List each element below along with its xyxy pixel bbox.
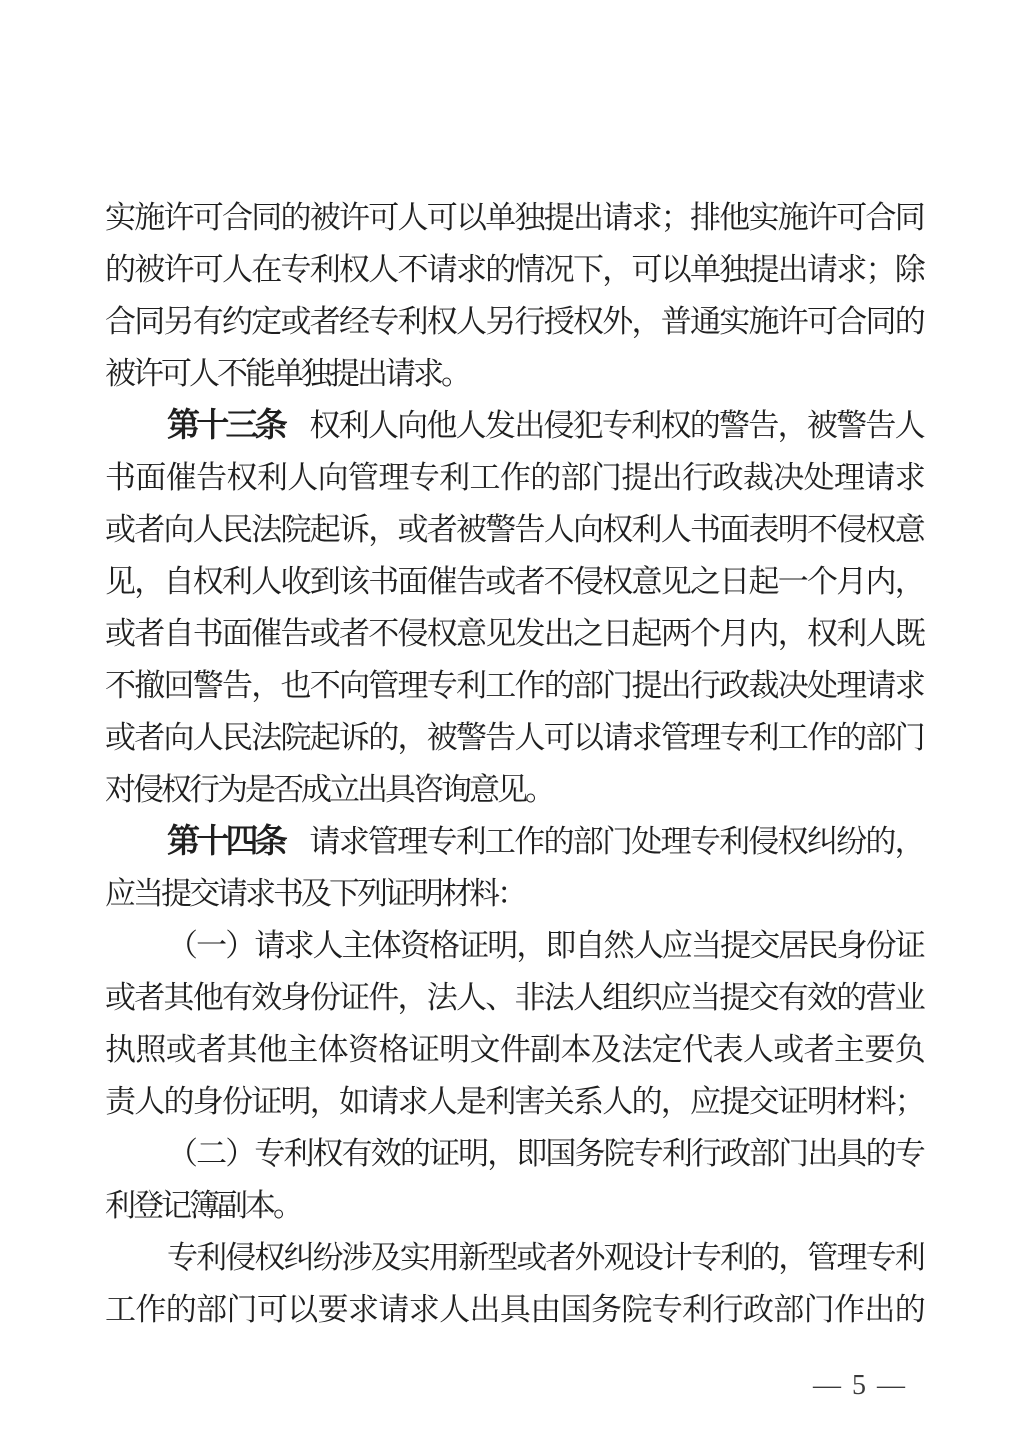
body-char: 撤	[134, 660, 162, 712]
body-char: 求	[895, 452, 923, 504]
body-char: 法	[621, 1024, 649, 1076]
body-char: 诉	[339, 712, 367, 764]
body-char: 管	[807, 1232, 835, 1284]
body-char: 资	[348, 1024, 376, 1076]
body-char: 当	[133, 868, 161, 920]
body-char: 询	[441, 764, 469, 816]
body-char: ）	[225, 1128, 253, 1180]
body-char: 单	[273, 348, 301, 400]
body-char: 件	[500, 1024, 528, 1076]
body-char: 专	[602, 400, 630, 452]
body-char: 起	[310, 504, 338, 556]
text-line: （一）请求人主体资格证明，即自然人应当提交居民身份证	[105, 920, 923, 972]
body-char: 侵	[398, 608, 426, 660]
body-char: 咨	[413, 764, 441, 816]
body-char: 的	[632, 1076, 660, 1128]
body-char: （	[167, 1128, 195, 1180]
body-char: 专	[368, 296, 396, 348]
body-char: 当	[691, 920, 719, 972]
body-char: 管	[368, 660, 396, 712]
text-line: 专利侵权纠纷涉及实用新型或者外观设计专利的，管理专利	[105, 1232, 923, 1284]
body-char: 代	[682, 1024, 710, 1076]
body-char: ，	[251, 660, 279, 712]
body-char: 外	[575, 1232, 603, 1284]
body-char: 的	[543, 816, 571, 868]
body-char: 料	[866, 1076, 894, 1128]
body-char: 向	[318, 452, 346, 504]
body-char: 副	[530, 1024, 558, 1076]
body-char: 理	[834, 452, 862, 504]
body-char: 独	[301, 348, 329, 400]
body-char: 一	[778, 556, 806, 608]
body-char: 权	[807, 608, 835, 660]
body-char: 利	[895, 1232, 923, 1284]
body-char: 收	[281, 556, 309, 608]
body-char: 出	[514, 400, 542, 452]
text-line: （二）专利权有效的证明，即国务院专利行政部门出具的专	[105, 1128, 923, 1180]
body-char: 单	[690, 244, 718, 296]
body-char: 的	[281, 192, 309, 244]
text-line: 见，自权利人收到该书面催告或者不侵权意见之日起一个月内，	[105, 556, 923, 608]
body-char: 者	[310, 296, 338, 348]
body-char: 下	[573, 244, 601, 296]
body-char: 身	[193, 1076, 221, 1128]
body-char: 处	[807, 660, 835, 712]
body-char: 出	[357, 764, 385, 816]
text-line: 责人的身份证明，如请求人是利害关系人的，应提交证明材料；	[105, 1076, 923, 1128]
body-char: 实	[105, 192, 133, 244]
body-char: 在	[251, 244, 279, 296]
body-char: 请	[378, 1284, 406, 1336]
text-line: 第十三条权利人向他人发出侵犯专利权的警告，被警告人	[105, 400, 923, 452]
body-char: 合	[866, 192, 894, 244]
article-number-char: 第	[167, 400, 195, 452]
body-char: 况	[544, 244, 572, 296]
body-char: 理	[397, 816, 425, 868]
body-char: 格	[429, 920, 457, 972]
body-char: 之	[573, 608, 601, 660]
body-char: ，	[778, 608, 806, 660]
body-char: 或	[166, 1024, 194, 1076]
body-char: 利	[310, 244, 338, 296]
body-char: 人	[193, 712, 221, 764]
body-char: 者	[804, 1024, 832, 1076]
body-char: 居	[778, 920, 806, 972]
body-char: 的	[166, 1284, 194, 1336]
body-char: 出	[661, 660, 689, 712]
body-char: 其	[227, 1024, 255, 1076]
body-char: 门	[602, 816, 630, 868]
body-char: 副	[217, 1180, 245, 1232]
body-char: 明	[778, 504, 806, 556]
text-line: 或者向人民法院起诉，或者被警告人向权利人书面表明不侵权意	[105, 504, 923, 556]
body-char: 内	[749, 608, 777, 660]
body-char: 一	[196, 920, 224, 972]
body-char: 自	[164, 556, 192, 608]
body-char: 专	[167, 1232, 195, 1284]
text-line: 或者自书面催告或者不侵权意见发出之日起两个月内，权利人既	[105, 608, 923, 660]
body-char: 国	[561, 1284, 589, 1336]
body-char: 许	[164, 192, 192, 244]
body-char: 书	[193, 608, 221, 660]
body-char: 告	[515, 504, 543, 556]
text-line: 利登记簿副本。	[105, 1180, 923, 1232]
body-char: 实	[400, 1232, 428, 1284]
body-char: 独	[719, 244, 747, 296]
body-char: 可	[257, 1284, 285, 1336]
body-char: 人	[439, 1284, 467, 1336]
body-char: ；	[661, 192, 689, 244]
body-char: 定	[251, 296, 279, 348]
body-char: 的	[105, 244, 133, 296]
body-char: 月	[719, 608, 747, 660]
body-char: 部	[866, 712, 894, 764]
body-char: 日	[719, 556, 747, 608]
body-char: 法	[251, 712, 279, 764]
body-char: 利	[682, 1284, 710, 1336]
body-char: 不	[105, 660, 133, 712]
body-char: 不	[807, 504, 835, 556]
body-char: 者	[134, 608, 162, 660]
body-char: 交	[749, 972, 777, 1024]
body-char: 由	[530, 1284, 558, 1336]
body-char: 提	[161, 868, 189, 920]
body-char: 另	[485, 296, 513, 348]
body-char: 权	[661, 400, 689, 452]
body-char: 催	[166, 452, 194, 504]
text-line: 应当提交请求书及下列证明材料：	[105, 868, 923, 920]
body-char: 应	[105, 868, 133, 920]
body-char: 向	[573, 504, 601, 556]
body-char: 人	[368, 244, 396, 296]
body-char: 向	[164, 504, 192, 556]
body-char: 体	[371, 920, 399, 972]
body-char: 的	[690, 400, 718, 452]
body-char: 明	[807, 1076, 835, 1128]
body-char: 他	[426, 400, 454, 452]
body-char: 作	[515, 660, 543, 712]
body-char: 见	[485, 608, 513, 660]
body-char: 警	[719, 400, 747, 452]
body-char: 侵	[836, 504, 864, 556]
body-char: 国	[545, 1128, 573, 1180]
body-char: 催	[427, 556, 455, 608]
body-char: 向	[164, 712, 192, 764]
body-char: 计	[662, 1232, 690, 1284]
body-char: 专	[633, 1128, 661, 1180]
body-char: 催	[251, 608, 279, 660]
body-char: 向	[339, 660, 367, 712]
body-char: 裁	[749, 660, 777, 712]
body-char: 利	[439, 452, 467, 504]
body-char: 专	[254, 1128, 282, 1180]
body-char: 合	[222, 192, 250, 244]
body-char: 提	[720, 920, 748, 972]
body-char: 见	[105, 556, 133, 608]
body-char: 许	[778, 296, 806, 348]
body-char: 组	[602, 972, 630, 1024]
article-number-char: 三	[226, 400, 254, 452]
body-char: 如	[339, 1076, 367, 1128]
body-char: 人	[189, 348, 217, 400]
body-char: 可	[161, 348, 189, 400]
article-number-char: 第	[167, 816, 195, 868]
body-char: 被	[310, 192, 338, 244]
article-number-char: 条	[255, 400, 283, 452]
body-char: 以	[287, 1284, 315, 1336]
body-char: 行	[189, 764, 217, 816]
body-char: 体	[318, 1024, 346, 1076]
page-number: — 5 —	[813, 1370, 907, 1402]
body-char: 门	[227, 1284, 255, 1336]
body-char: 权	[161, 764, 189, 816]
article-number-char: 条	[255, 816, 283, 868]
body-char: 行	[515, 296, 543, 348]
body-char: 能	[245, 348, 273, 400]
body-char: 施	[134, 192, 162, 244]
body-char: 专	[895, 1128, 923, 1180]
text-line: 对侵权行为是否成立出具咨询意见。	[105, 764, 923, 816]
body-char: 证	[429, 1128, 457, 1180]
body-char: 纠	[283, 1232, 311, 1284]
body-char: 要	[318, 1284, 346, 1336]
body-char: 权	[427, 296, 455, 348]
body-char: ，	[602, 244, 630, 296]
text-line: 不撤回警告，也不向管理专利工作的部门提出行政裁决处理请求	[105, 660, 923, 712]
body-char: 法	[427, 972, 455, 1024]
body-char: 被	[105, 348, 133, 400]
body-char: 利	[257, 452, 285, 504]
body-char: 可	[836, 192, 864, 244]
body-char: ，	[368, 504, 396, 556]
body-char: 以	[456, 192, 484, 244]
body-char: 意	[469, 764, 497, 816]
body-char: 他	[257, 1024, 285, 1076]
body-char: 或	[105, 504, 133, 556]
text-line: 的被许可人在专利权人不请求的情况下，可以单独提出请求；除	[105, 244, 923, 296]
body-char: 者	[134, 972, 162, 1024]
body-char: 格	[378, 1024, 406, 1076]
body-char: 请	[864, 452, 892, 504]
body-char: 求	[409, 1284, 437, 1336]
body-char: 的	[368, 712, 396, 764]
document-body: 实施许可合同的被许可人可以单独提出请求；排他实施许可合同的被许可人在专利权人不请…	[105, 192, 923, 1336]
body-char: 部	[573, 816, 601, 868]
body-char: 部	[773, 1284, 801, 1336]
body-char: 向	[397, 400, 425, 452]
body-char: 利	[485, 1076, 513, 1128]
body-char: 理	[836, 660, 864, 712]
body-char: 排	[690, 192, 718, 244]
body-char: 也	[281, 660, 309, 712]
body-char: 权	[778, 816, 806, 868]
text-line: 被许可人不能单独提出请求。	[105, 348, 923, 400]
body-char: 工	[470, 452, 498, 504]
body-char: 效	[371, 1128, 399, 1180]
text-line: 第十四条请求管理专利工作的部门处理专利侵权纠纷的，	[105, 816, 923, 868]
body-char: 份	[866, 920, 894, 972]
body-char: 材	[441, 868, 469, 920]
body-char: 到	[310, 556, 338, 608]
body-char: 不	[398, 244, 426, 296]
body-char: 自	[164, 608, 192, 660]
body-char: 同	[866, 296, 894, 348]
body-char: 专	[719, 712, 747, 764]
body-char: 明	[487, 920, 515, 972]
body-char: 作	[834, 1284, 862, 1336]
body-char: 是	[245, 764, 273, 816]
body-char: 具	[500, 1284, 528, 1336]
body-char: 用	[429, 1232, 457, 1284]
body-char: 的	[164, 1076, 192, 1128]
body-char: 的	[749, 1232, 777, 1284]
body-char: 工	[105, 1284, 133, 1336]
body-char: 行	[713, 1284, 741, 1336]
body-char: ；	[895, 1076, 923, 1128]
body-char: 当	[690, 972, 718, 1024]
body-char: 院	[621, 1284, 649, 1336]
body-char: 专	[281, 244, 309, 296]
body-char: 求	[413, 348, 441, 400]
body-char: 出	[544, 608, 572, 660]
body-char: 证	[409, 1024, 437, 1076]
body-char: 务	[575, 1128, 603, 1180]
body-char: 告	[281, 608, 309, 660]
body-char: 请	[217, 868, 245, 920]
body-char: ，	[778, 1232, 806, 1284]
body-char: 求	[836, 244, 864, 296]
body-char: 人	[544, 504, 572, 556]
body-char: 面	[398, 556, 426, 608]
body-char: 除	[895, 244, 923, 296]
body-char: 被	[456, 504, 484, 556]
body-char: 可	[193, 244, 221, 296]
body-char: 人	[456, 296, 484, 348]
body-char: 利	[632, 504, 660, 556]
body-char: 请	[368, 1076, 396, 1128]
body-char: 利	[456, 660, 484, 712]
body-char: 利	[222, 556, 250, 608]
body-char: ：	[497, 868, 525, 920]
body-char: 提	[719, 1076, 747, 1128]
body-char: 利	[339, 400, 367, 452]
body-char: 管	[348, 452, 376, 504]
body-char: 或	[105, 972, 133, 1024]
body-char: 交	[189, 868, 217, 920]
body-char: 通	[690, 296, 718, 348]
body-char: 利	[105, 1180, 133, 1232]
body-char: 是	[456, 1076, 484, 1128]
body-char: 权	[254, 1232, 282, 1284]
body-char: 求	[895, 660, 923, 712]
body-char: 许	[339, 192, 367, 244]
body-char: 业	[895, 972, 923, 1024]
body-char: ，	[632, 296, 660, 348]
body-char: 见	[661, 556, 689, 608]
body-char: ，	[487, 1128, 515, 1180]
body-char: 许	[807, 192, 835, 244]
body-char: 诉	[339, 504, 367, 556]
body-char: 求	[339, 816, 367, 868]
body-char: 利	[196, 1232, 224, 1284]
body-char: 关	[544, 1076, 572, 1128]
body-char: 者	[134, 504, 162, 556]
body-char: 利	[398, 296, 426, 348]
body-char: 合	[836, 296, 864, 348]
body-char: 提	[544, 192, 572, 244]
body-char: 记	[161, 1180, 189, 1232]
body-char: 可	[632, 244, 660, 296]
body-char: 照	[135, 1024, 163, 1076]
body-char: 纷	[313, 1232, 341, 1284]
body-char: 明	[413, 868, 441, 920]
body-char: 行	[691, 1128, 719, 1180]
body-char: 其	[164, 972, 192, 1024]
body-char: 利	[662, 1128, 690, 1180]
body-char: 人	[633, 920, 661, 972]
body-char: 专	[866, 1232, 894, 1284]
body-char: ，	[661, 1076, 689, 1128]
body-char: 或	[773, 1024, 801, 1076]
body-char: 决	[778, 660, 806, 712]
body-char: 者	[196, 1024, 224, 1076]
body-char: 证	[385, 868, 413, 920]
body-char: 即	[545, 920, 573, 972]
body-char: 发	[515, 608, 543, 660]
body-char: 表	[713, 1024, 741, 1076]
body-char: 可	[427, 192, 455, 244]
body-char: 被	[134, 244, 162, 296]
body-char: 侵	[543, 400, 571, 452]
body-char: 人	[743, 1024, 771, 1076]
body-char: 材	[836, 1076, 864, 1128]
body-char: 人	[456, 400, 484, 452]
body-char: 政	[713, 452, 741, 504]
body-char: 工	[485, 660, 513, 712]
body-char: 身	[281, 972, 309, 1024]
body-char: 另	[164, 296, 192, 348]
body-char: 。	[441, 348, 469, 400]
body-char: 犯	[573, 400, 601, 452]
body-char: 纷	[836, 816, 864, 868]
body-char: ，	[134, 556, 162, 608]
body-char: 处	[804, 452, 832, 504]
body-char: 起	[632, 608, 660, 660]
body-char: 提	[621, 452, 649, 504]
body-char: 行	[682, 452, 710, 504]
body-char: 。	[273, 1180, 301, 1232]
body-char: 书	[368, 556, 396, 608]
body-char: 人	[573, 972, 601, 1024]
article-number-char: 四	[226, 816, 254, 868]
body-char: 单	[485, 192, 513, 244]
body-char: 观	[604, 1232, 632, 1284]
body-char: 或	[105, 608, 133, 660]
body-char: 人	[661, 504, 689, 556]
body-char: 或	[281, 296, 309, 348]
body-char: 该	[339, 556, 367, 608]
body-char: 请	[602, 192, 630, 244]
body-char: 起	[310, 712, 338, 764]
body-char: 侵	[748, 816, 776, 868]
body-char: 意	[895, 504, 923, 556]
body-char: 民	[222, 712, 250, 764]
body-char: 门	[778, 1128, 806, 1180]
body-char: 理	[690, 712, 718, 764]
body-char: 具	[385, 764, 413, 816]
body-char: 人	[313, 920, 341, 972]
body-char: 工	[485, 816, 513, 868]
